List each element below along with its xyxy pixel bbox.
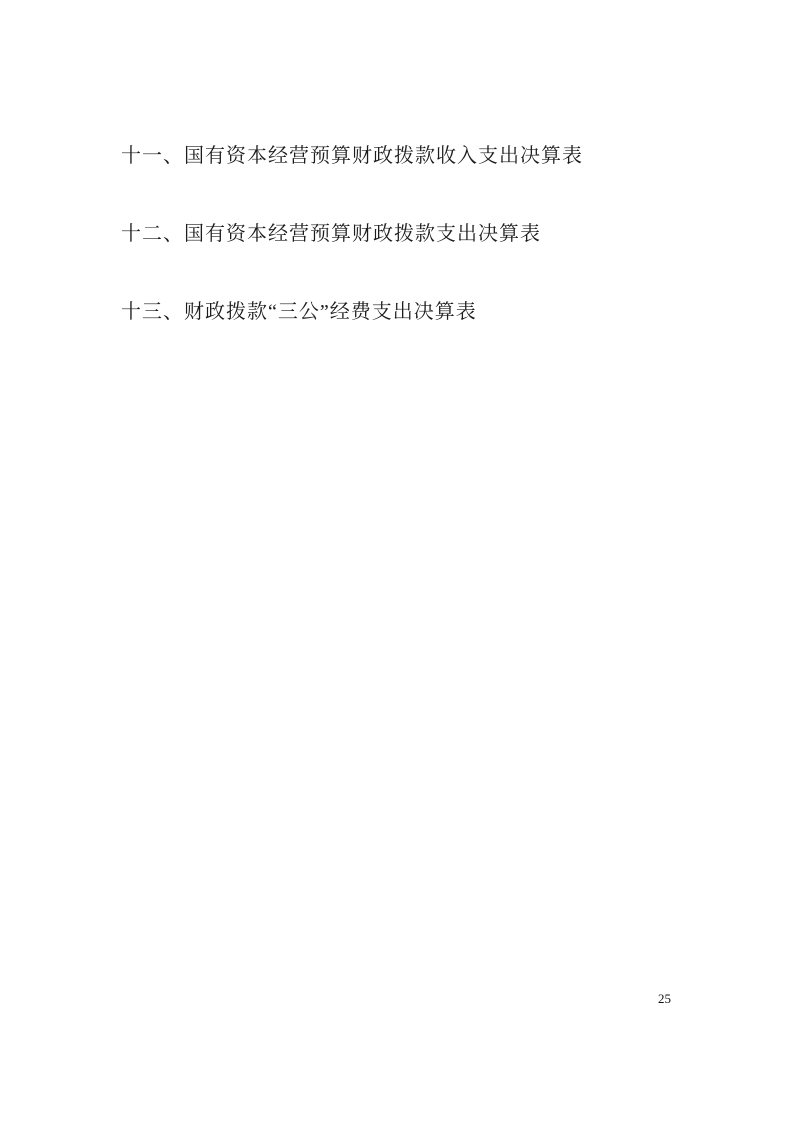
document-page: 十一、国有资本经营预算财政拨款收入支出决算表 十二、国有资本经营预算财政拨款支出… <box>0 0 794 1122</box>
toc-item-12: 十二、国有资本经营预算财政拨款支出决算表 <box>121 221 681 247</box>
toc-item-11: 十一、国有资本经营预算财政拨款收入支出决算表 <box>121 143 681 169</box>
page-number: 25 <box>658 991 671 1007</box>
toc-item-13: 十三、财政拨款“三公”经费支出决算表 <box>121 299 681 325</box>
toc-list: 十一、国有资本经营预算财政拨款收入支出决算表 十二、国有资本经营预算财政拨款支出… <box>121 143 681 377</box>
